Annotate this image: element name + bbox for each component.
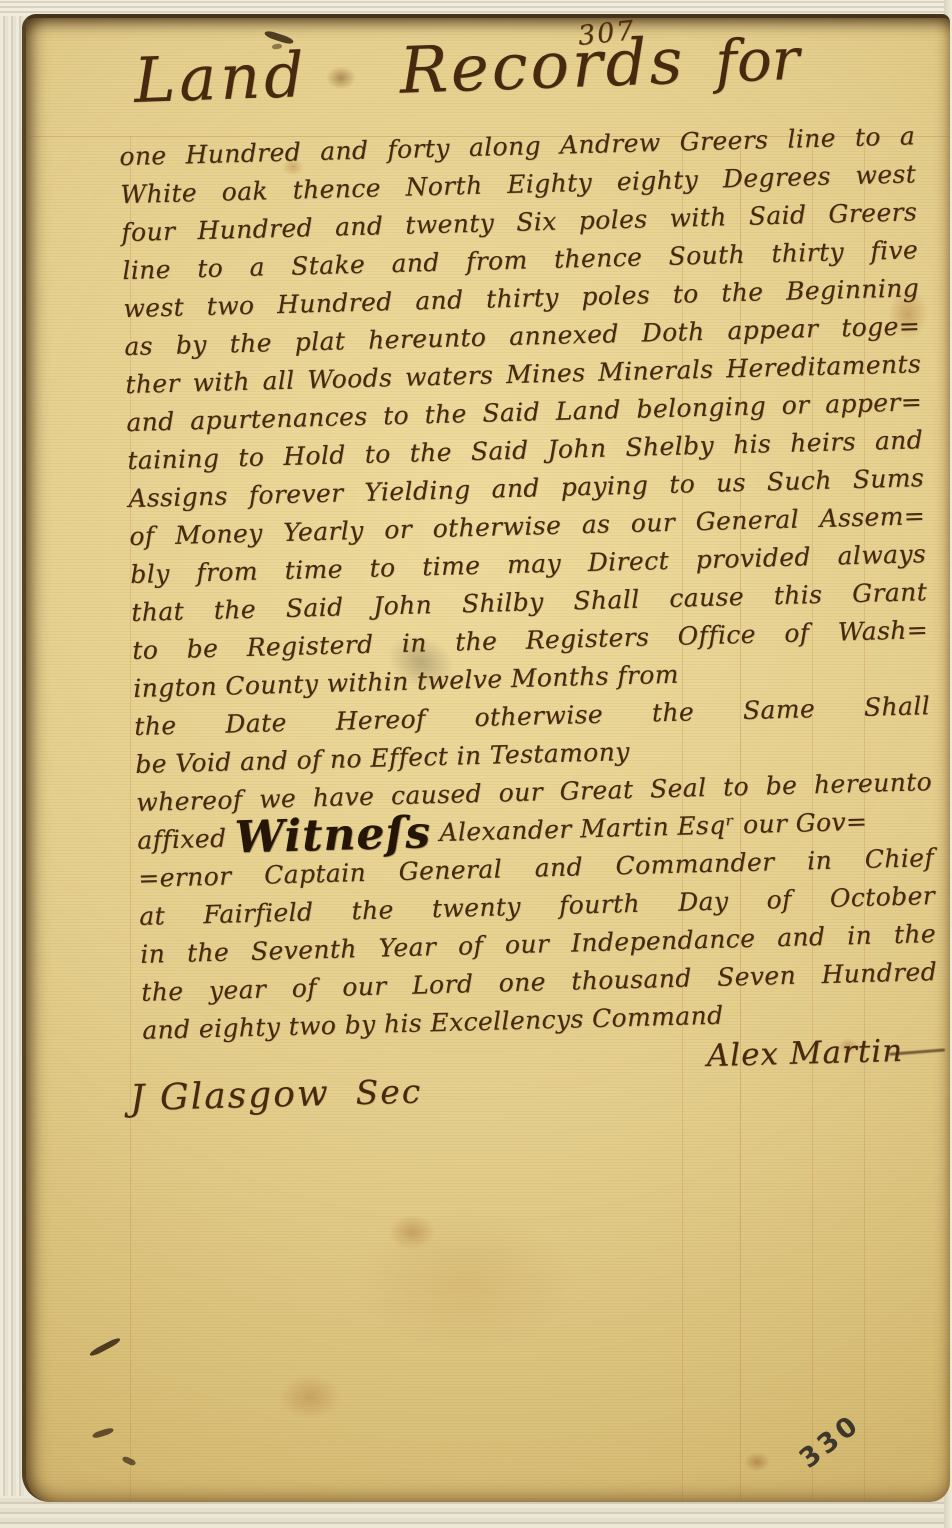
signature-glasgow-name: J Glasgow bbox=[130, 1073, 331, 1119]
manuscript-leaf: 307 LandRecordsfor one Hundred and forty… bbox=[22, 14, 950, 1502]
folio-number: 330 bbox=[794, 1408, 867, 1475]
header-word-records: Records bbox=[398, 25, 686, 109]
signature-alex-martin: Alex Martin bbox=[706, 1031, 945, 1075]
book-page-edges-left bbox=[0, 0, 24, 1528]
foxing-stain bbox=[388, 1214, 436, 1250]
page-header: LandRecordsfor bbox=[133, 20, 835, 118]
witness-line-prefix: affixed bbox=[137, 824, 227, 855]
signature-glasgow-title: Sec bbox=[355, 1072, 423, 1113]
ink-mark bbox=[121, 1455, 136, 1466]
header-word-land: Land bbox=[133, 38, 309, 117]
signature-row: Alex Martin J GlasgowSec bbox=[143, 1029, 942, 1160]
foxing-stain bbox=[278, 1374, 342, 1420]
signature-alex-martin-text: Alex Martin bbox=[706, 1033, 903, 1074]
ink-mark bbox=[92, 1427, 115, 1440]
header-word-for: for bbox=[714, 25, 800, 96]
signature-glasgow: J GlasgowSec bbox=[130, 1073, 423, 1119]
foxing-stain bbox=[744, 1452, 770, 1472]
witness-line-suffix: Alexander Martin Esqʳ our Gov= bbox=[439, 807, 868, 847]
ink-mark bbox=[89, 1336, 122, 1357]
foxing-stain bbox=[356, 1208, 576, 1358]
scanned-ledger-page: { "doc": { "page_number": "307", "folio_… bbox=[0, 0, 952, 1528]
manuscript-body: one Hundred and forty along Andrew Greer… bbox=[119, 117, 941, 1159]
